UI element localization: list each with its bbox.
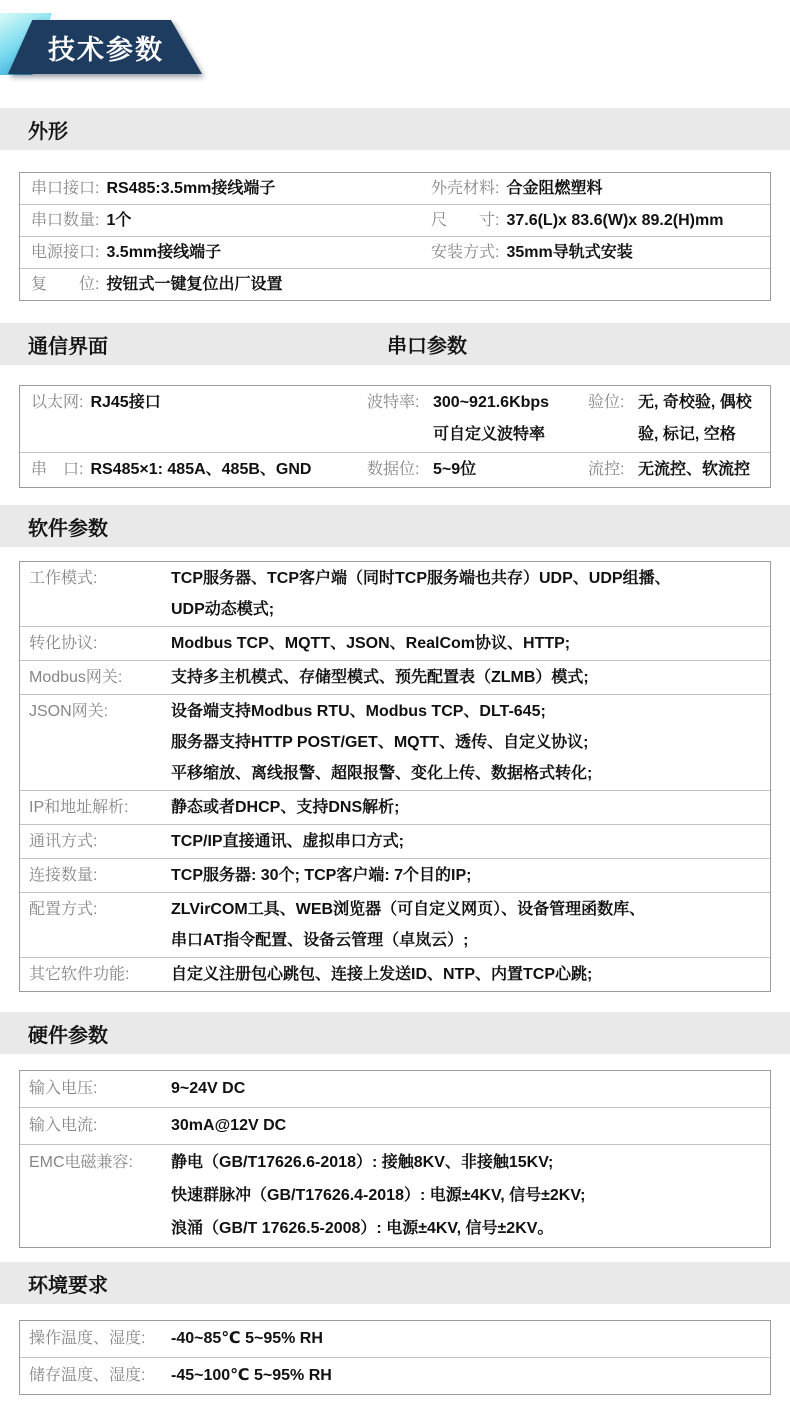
field-value: 按钮式一键复位出厂设置	[106, 276, 282, 293]
field-label: Modbus网关:	[29, 662, 171, 693]
heading-outline: 外形	[0, 115, 68, 144]
section-heading-software: 软件参数	[0, 505, 790, 547]
heading-comm-interface: 通信界面	[0, 330, 108, 359]
spec-page: 技术参数 外形 串口接口:RS485:3.5mm接线端子 外壳材料:合金阻燃塑料…	[0, 0, 790, 1395]
field-value: RJ45接口	[90, 394, 160, 411]
field-value: TCP服务器、TCP客户端（同时TCP服务端也共存）UDP、UDP组播、 UDP…	[171, 563, 770, 625]
field-label: 转化协议:	[29, 628, 171, 659]
banner-badge-shape: 技术参数	[8, 20, 202, 74]
field-value: 3.5mm接线端子	[106, 244, 221, 261]
table-row: 操作温度、湿度:-40~85℃ 5~95% RH	[20, 1321, 770, 1358]
page-title: 技术参数	[46, 28, 164, 67]
cell-shell-material: 外壳材料:合金阻燃塑料	[431, 173, 770, 204]
table-row: 通讯方式:TCP/IP直接通讯、虚拟串口方式;	[20, 825, 770, 859]
field-label: 串口数量:	[31, 212, 99, 229]
field-value: -45~100℃ 5~95% RH	[171, 1359, 770, 1393]
field-value: 静态或者DHCP、支持DNS解析;	[171, 792, 770, 823]
field-label: EMC电磁兼容:	[29, 1146, 171, 1245]
heading-software: 软件参数	[0, 512, 108, 541]
table-row: 其它软件功能:自定义注册包心跳包、连接上发送ID、NTP、内置TCP心跳;	[20, 958, 770, 991]
field-value: 合金阻燃塑料	[506, 180, 602, 197]
table-row: EMC电磁兼容:静电（GB/T17626.6-2018）: 接触8KV、非接触1…	[20, 1145, 770, 1247]
field-label: 以太网:	[31, 394, 83, 411]
field-label: 储存温度、湿度:	[29, 1359, 171, 1393]
table-row: 输入电流:30mA@12V DC	[20, 1108, 770, 1145]
field-value: 35mm导轨式安装	[506, 244, 632, 261]
field-value: TCP服务器: 30个; TCP客户端: 7个目的IP;	[171, 860, 770, 891]
field-value: RS485:3.5mm接线端子	[106, 180, 275, 197]
heading-serial-params: 串口参数	[387, 330, 467, 359]
banner-badge: 技术参数	[8, 20, 202, 74]
table-row: 工作模式:TCP服务器、TCP客户端（同时TCP服务端也共存）UDP、UDP组播…	[20, 562, 770, 627]
field-label: 串口接口:	[31, 180, 99, 197]
field-value: 无流控、软流控	[638, 454, 750, 486]
field-value: TCP/IP直接通讯、虚拟串口方式;	[171, 826, 770, 857]
table-row: 以太网:RJ45接口 波特率:300~921.6Kbps 可自定义波特率 验位:…	[20, 386, 770, 453]
field-label: 数据位:	[367, 454, 433, 486]
cell-dimensions: 尺 寸:37.6(L)x 83.6(W)x 89.2(H)mm	[431, 205, 770, 236]
field-label: 操作温度、湿度:	[29, 1322, 171, 1356]
table-row: Modbus网关:支持多主机模式、存储型模式、预先配置表（ZLMB）模式;	[20, 661, 770, 695]
cell-databits: 数据位:5~9位	[367, 454, 588, 486]
heading-hardware: 硬件参数	[0, 1019, 108, 1048]
field-label: 工作模式:	[29, 563, 171, 625]
field-value: -40~85℃ 5~95% RH	[171, 1322, 770, 1356]
field-label: 通讯方式:	[29, 826, 171, 857]
cell-serial-interface: 串口接口:RS485:3.5mm接线端子	[31, 173, 431, 204]
field-value: 1个	[106, 212, 131, 229]
field-label: 安装方式:	[431, 244, 499, 261]
cell-mounting: 安装方式:35mm导轨式安装	[431, 237, 770, 268]
section-heading-outline: 外形	[0, 108, 790, 150]
field-label: 其它软件功能:	[29, 959, 171, 990]
table-row: 输入电压:9~24V DC	[20, 1071, 770, 1108]
field-value: 自定义注册包心跳包、连接上发送ID、NTP、内置TCP心跳;	[171, 959, 770, 990]
cell-serial-port: 串 口:RS485×1: 485A、485B、GND	[31, 454, 367, 486]
cell-parity: 验位:无, 奇校验, 偶校 验, 标记, 空格	[588, 387, 770, 451]
field-label: 串 口:	[31, 461, 83, 478]
field-label: 输入电压:	[29, 1072, 171, 1105]
field-label: 尺 寸:	[431, 212, 499, 229]
table-row: 串 口:RS485×1: 485A、485B、GND 数据位:5~9位 流控:无…	[20, 453, 770, 487]
section-banner: 技术参数	[0, 0, 790, 80]
table-row: 电源接口:3.5mm接线端子 安装方式:35mm导轨式安装	[20, 237, 770, 269]
cell-flowcontrol: 流控:无流控、软流控	[588, 454, 770, 486]
field-value: ZLVirCOM工具、WEB浏览器（可自定义网页）、设备管理函数库、 串口AT指…	[171, 894, 770, 956]
heading-environment: 环境要求	[0, 1269, 108, 1298]
field-value: 无, 奇校验, 偶校 验, 标记, 空格	[638, 387, 752, 451]
cell-baudrate: 波特率:300~921.6Kbps 可自定义波特率	[367, 387, 588, 451]
field-label: 电源接口:	[31, 244, 99, 261]
section-heading-environment: 环境要求	[0, 1262, 790, 1304]
field-label: 输入电流:	[29, 1109, 171, 1142]
table-row: 复 位:按钮式一键复位出厂设置	[20, 269, 770, 300]
table-row: 串口数量:1个 尺 寸:37.6(L)x 83.6(W)x 89.2(H)mm	[20, 205, 770, 237]
table-row: 转化协议:Modbus TCP、MQTT、JSON、RealCom协议、HTTP…	[20, 627, 770, 661]
table-row: 配置方式:ZLVirCOM工具、WEB浏览器（可自定义网页）、设备管理函数库、 …	[20, 893, 770, 958]
environment-table: 操作温度、湿度:-40~85℃ 5~95% RH 储存温度、湿度:-45~100…	[19, 1320, 771, 1395]
cell-serial-count: 串口数量:1个	[31, 205, 431, 236]
field-value: 9~24V DC	[171, 1072, 770, 1105]
cell-reset: 复 位:按钮式一键复位出厂设置	[31, 269, 431, 300]
software-table: 工作模式:TCP服务器、TCP客户端（同时TCP服务端也共存）UDP、UDP组播…	[19, 561, 771, 992]
table-row: IP和地址解析:静态或者DHCP、支持DNS解析;	[20, 791, 770, 825]
outline-table: 串口接口:RS485:3.5mm接线端子 外壳材料:合金阻燃塑料 串口数量:1个…	[19, 172, 771, 301]
table-row: JSON网关:设备端支持Modbus RTU、Modbus TCP、DLT-64…	[20, 695, 770, 791]
section-heading-hardware: 硬件参数	[0, 1012, 790, 1054]
table-row: 储存温度、湿度:-45~100℃ 5~95% RH	[20, 1358, 770, 1394]
field-value: 37.6(L)x 83.6(W)x 89.2(H)mm	[506, 212, 723, 229]
cell-power-interface: 电源接口:3.5mm接线端子	[31, 237, 431, 268]
field-value: 支持多主机模式、存储型模式、预先配置表（ZLMB）模式;	[171, 662, 770, 693]
cell-empty	[431, 269, 770, 300]
field-value: RS485×1: 485A、485B、GND	[90, 461, 311, 478]
field-label: 复 位:	[31, 276, 99, 293]
field-label: 波特率:	[367, 387, 433, 451]
field-label: 连接数量:	[29, 860, 171, 891]
field-value: 30mA@12V DC	[171, 1109, 770, 1142]
field-label: IP和地址解析:	[29, 792, 171, 823]
cell-ethernet: 以太网:RJ45接口	[31, 387, 367, 451]
table-row: 连接数量:TCP服务器: 30个; TCP客户端: 7个目的IP;	[20, 859, 770, 893]
field-value: Modbus TCP、MQTT、JSON、RealCom协议、HTTP;	[171, 628, 770, 659]
field-value: 静电（GB/T17626.6-2018）: 接触8KV、非接触15KV; 快速群…	[171, 1146, 770, 1245]
field-label: 验位:	[588, 387, 638, 451]
field-label: JSON网关:	[29, 696, 171, 789]
field-label: 流控:	[588, 454, 638, 486]
comm-table: 以太网:RJ45接口 波特率:300~921.6Kbps 可自定义波特率 验位:…	[19, 385, 771, 488]
field-label: 配置方式:	[29, 894, 171, 956]
field-label: 外壳材料:	[431, 180, 499, 197]
field-value: 设备端支持Modbus RTU、Modbus TCP、DLT-645; 服务器支…	[171, 696, 770, 789]
field-value: 300~921.6Kbps 可自定义波特率	[433, 387, 549, 451]
field-value: 5~9位	[433, 454, 476, 486]
hardware-table: 输入电压:9~24V DC 输入电流:30mA@12V DC EMC电磁兼容:静…	[19, 1070, 771, 1248]
section-heading-comm: 通信界面 串口参数	[0, 323, 790, 365]
table-row: 串口接口:RS485:3.5mm接线端子 外壳材料:合金阻燃塑料	[20, 173, 770, 205]
